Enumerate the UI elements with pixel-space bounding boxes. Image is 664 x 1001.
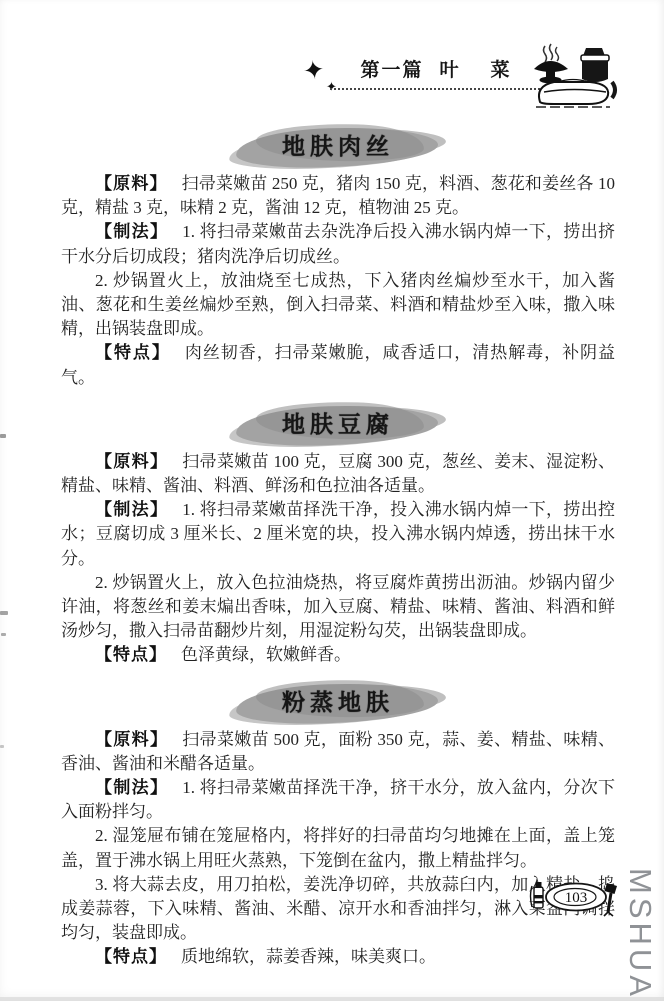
- method-label: 【制法】: [95, 222, 168, 241]
- recipe-1-method-step-1: 【制法】1. 将扫帚菜嫩苗去杂洗净后投入沸水锅内焯一下，捞出挤干水分后切成段；猪…: [61, 220, 615, 268]
- scan-artifact: [1, 633, 6, 636]
- recipe-3-method-step-2: 2. 湿笼屉布铺在笼屉格内，将拌好的扫帚苗均匀地摊在上面，盖上笼盖，置于沸水锅上…: [61, 824, 615, 872]
- feature-label: 【特点】: [95, 947, 167, 966]
- recipe-3-method-step-1: 【制法】1. 将扫帚菜嫩苗择洗干净，挤干水分，放入盆内，分次下入面粉拌匀。: [61, 776, 615, 824]
- recipe-3-title: 粉蒸地肤: [282, 690, 394, 715]
- watermark-text: MSHUA: [622, 868, 658, 1000]
- recipe-2-title: 地肤豆腐: [282, 412, 394, 437]
- step-text: 2. 炒锅置火上，放油烧至七成热，下入猪肉丝煸炒至水干，加入酱油、葱花和生姜丝煸…: [61, 271, 615, 338]
- recipe-3-ingredients: 【原料】扫帚菜嫩苗 500 克，面粉 350 克，蒜、姜、精盐、味精、香油、酱油…: [61, 728, 615, 776]
- step-text: 2. 湿笼屉布铺在笼屉格内，将拌好的扫帚苗均匀地摊在上面，盖上笼盖，置于沸水锅上…: [61, 826, 615, 869]
- recipe-2-ingredients: 【原料】扫帚菜嫩苗 100 克，豆腐 300 克，葱丝、姜末、湿淀粉、精盐、味精…: [61, 450, 615, 498]
- page-content: 地肤肉丝 【原料】扫帚菜嫩苗 250 克，猪肉 150 克，料酒、葱花和姜丝各 …: [0, 112, 664, 970]
- method-label: 【制法】: [95, 500, 168, 519]
- ingredients-label: 【原料】: [95, 452, 168, 471]
- page-bottom-edge: [0, 997, 664, 1001]
- feature-text: 质地绵软，蒜姜香辣，味美爽口。: [181, 947, 436, 966]
- recipe-1-banner-row: 地肤肉丝: [61, 123, 615, 163]
- scan-artifact: [0, 745, 4, 748]
- page-number: 103: [565, 890, 588, 906]
- recipe-1-title: 地肤肉丝: [282, 134, 394, 159]
- recipe-title-banner: 地肤豆腐: [252, 401, 424, 446]
- recipe-2-feature: 【特点】色泽黄绿，软嫩鲜香。: [61, 643, 615, 667]
- feature-text: 色泽黄绿，软嫩鲜香。: [181, 645, 351, 664]
- recipe-section-3: 粉蒸地肤 【原料】扫帚菜嫩苗 500 克，面粉 350 克，蒜、姜、精盐、味精、…: [61, 679, 615, 970]
- feature-label: 【特点】: [95, 343, 171, 362]
- step-text: 2. 炒锅置火上，放入色拉油烧热，将豆腐炸黄捞出沥油。炒锅内留少许油，将葱丝和姜…: [61, 573, 615, 640]
- method-label: 【制法】: [95, 778, 168, 797]
- recipe-2-banner-row: 地肤豆腐: [61, 401, 615, 441]
- page-number-plate-icon: 103: [528, 876, 622, 920]
- steaming-food-illustration-icon: [528, 42, 620, 112]
- ingredients-label: 【原料】: [95, 174, 168, 193]
- recipe-title-banner: 粉蒸地肤: [252, 679, 424, 724]
- recipe-2-method-step-2: 2. 炒锅置火上，放入色拉油烧热，将豆腐炸黄捞出沥油。炒锅内留少许油，将葱丝和姜…: [61, 571, 615, 644]
- recipe-1-method-step-2: 2. 炒锅置火上，放油烧至七成热，下入猪肉丝煸炒至水干，加入酱油、葱花和生姜丝煸…: [61, 269, 615, 342]
- dotted-divider: [330, 76, 540, 90]
- recipe-2-method-step-1: 【制法】1. 将扫帚菜嫩苗择洗干净，投入沸水锅内焯一下，捞出控水；豆腐切成 3 …: [61, 498, 615, 571]
- feature-label: 【特点】: [95, 645, 167, 664]
- recipe-section-2: 地肤豆腐 【原料】扫帚菜嫩苗 100 克，豆腐 300 克，葱丝、姜末、湿淀粉、…: [61, 401, 615, 668]
- ingredients-label: 【原料】: [95, 730, 168, 749]
- scan-artifact: [0, 434, 6, 438]
- recipe-3-feature: 【特点】质地绵软，蒜姜香辣，味美爽口。: [61, 945, 615, 969]
- sparkle-icon: ✦: [301, 57, 326, 86]
- page-header: ✦ ✦ 第一篇叶菜: [0, 0, 664, 118]
- recipe-title-banner: 地肤肉丝: [252, 123, 424, 168]
- scan-artifact: [0, 611, 8, 615]
- book-page: ✦ ✦ 第一篇叶菜 地肤肉丝: [0, 0, 664, 1001]
- recipe-1-feature: 【特点】肉丝韧香，扫帚菜嫩脆，咸香适口，清热解毒，补阴益气。: [61, 341, 615, 389]
- recipe-1-ingredients: 【原料】扫帚菜嫩苗 250 克，猪肉 150 克，料酒、葱花和姜丝各 10 克，…: [61, 172, 615, 220]
- recipe-3-banner-row: 粉蒸地肤: [61, 679, 615, 719]
- recipe-section-1: 地肤肉丝 【原料】扫帚菜嫩苗 250 克，猪肉 150 克，料酒、葱花和姜丝各 …: [61, 123, 615, 390]
